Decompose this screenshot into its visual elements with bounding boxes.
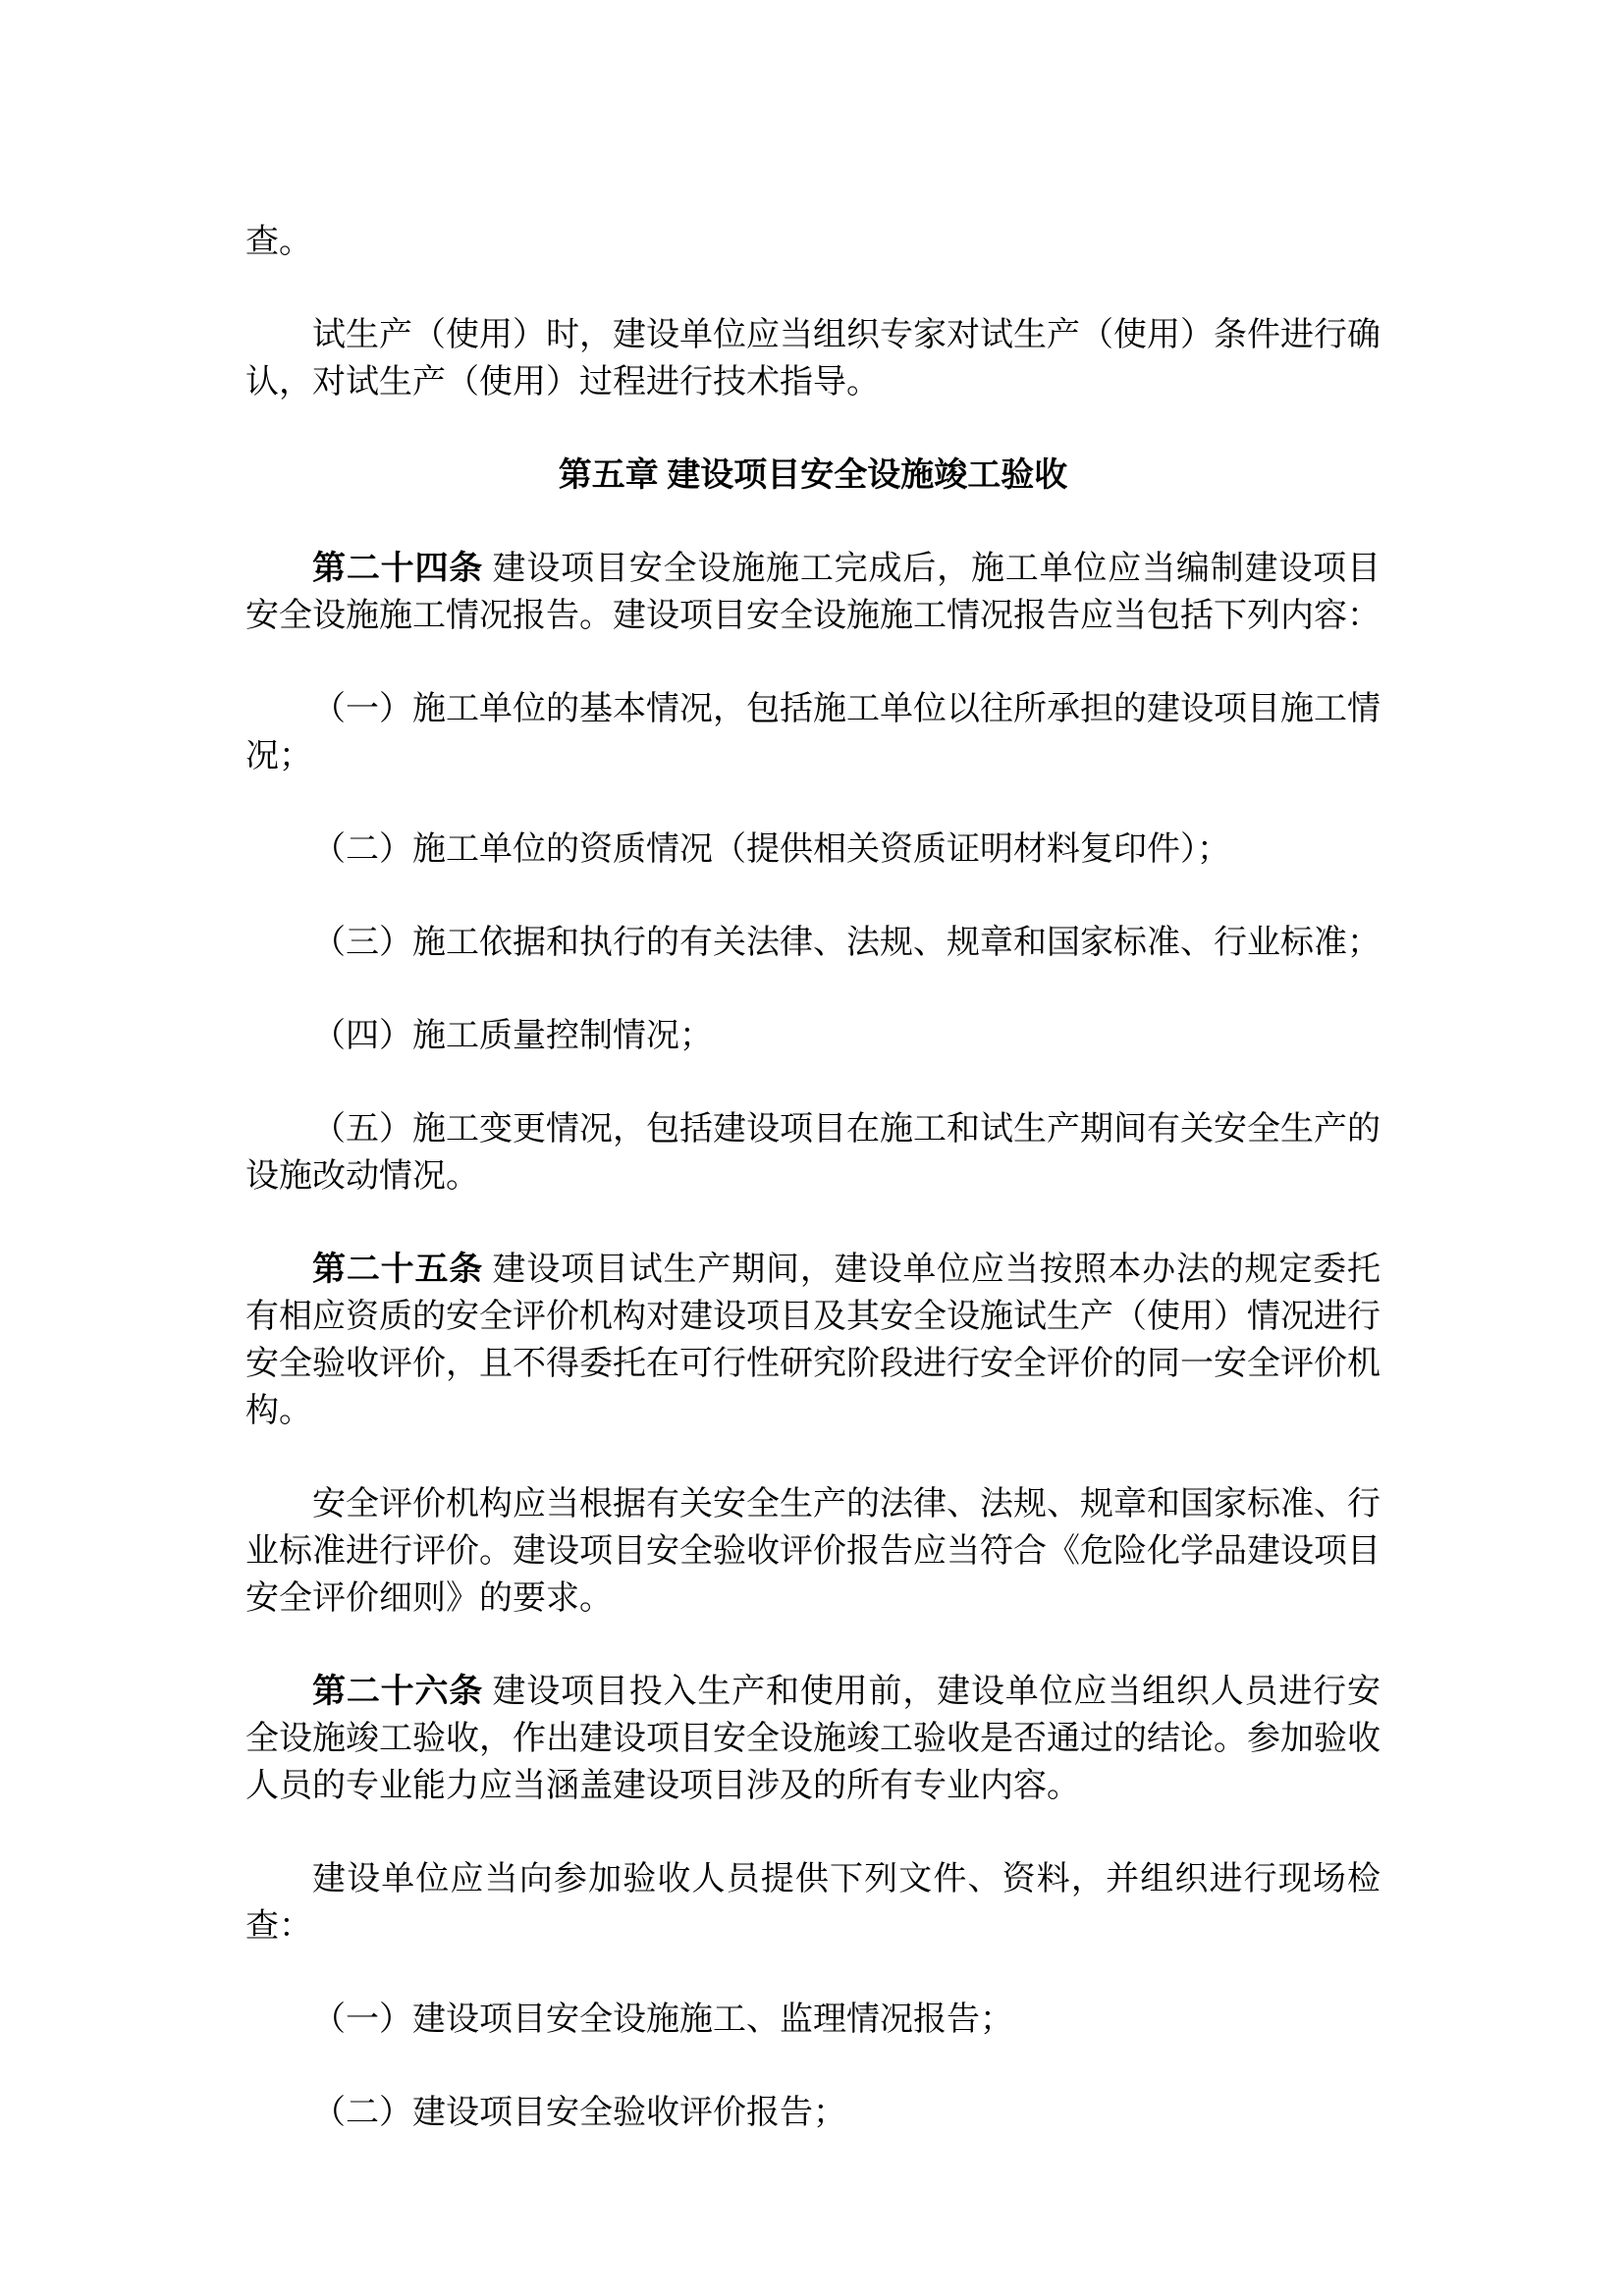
paragraph-article-24: 第二十四条 建设项目安全设施施工完成后，施工单位应当编制建设项目安全设施施工情况…: [245, 546, 1380, 640]
document-page: 查。 试生产（使用）时，建设单位应当组织专家对试生产（使用）条件进行确认，对试生…: [0, 0, 1624, 2296]
paragraph-acceptance-item-1: （一）建设项目安全设施施工、监理情况报告；: [245, 1997, 1380, 2044]
article-26-number: 第二十六条: [312, 1674, 483, 1710]
paragraph-report-item-1: （一）施工单位的基本情况，包括施工单位以往所承担的建设项目施工情况；: [245, 686, 1380, 780]
paragraph-evaluation-agency: 安全评价机构应当根据有关安全生产的法律、法规、规章和国家标准、行业标准进行评价。…: [245, 1481, 1380, 1623]
article-24-number: 第二十四条: [312, 551, 483, 587]
paragraph-trial-production: 试生产（使用）时，建设单位应当组织专家对试生产（使用）条件进行确认，对试生产（使…: [245, 312, 1380, 406]
paragraph-continuation: 查。: [245, 219, 1380, 266]
paragraph-report-item-2: （二）施工单位的资质情况（提供相关资质证明材料复印件）；: [245, 827, 1380, 874]
paragraph-acceptance-item-2: （二）建设项目安全验收评价报告；: [245, 2090, 1380, 2137]
article-25-number: 第二十五条: [312, 1252, 483, 1288]
chapter-heading: 第五章 建设项目安全设施竣工验收: [245, 453, 1380, 500]
paragraph-article-26: 第二十六条 建设项目投入生产和使用前，建设单位应当组织人员进行安全设施竣工验收，…: [245, 1669, 1380, 1810]
paragraph-provide-documents: 建设单位应当向参加验收人员提供下列文件、资料，并组织进行现场检查：: [245, 1856, 1380, 1950]
paragraph-report-item-4: （四）施工质量控制情况；: [245, 1013, 1380, 1060]
paragraph-report-item-3: （三）施工依据和执行的有关法律、法规、规章和国家标准、行业标准；: [245, 920, 1380, 967]
paragraph-article-25: 第二十五条 建设项目试生产期间，建设单位应当按照本办法的规定委托有相应资质的安全…: [245, 1247, 1380, 1435]
paragraph-report-item-5: （五）施工变更情况，包括建设项目在施工和试生产期间有关安全生产的设施改动情况。: [245, 1106, 1380, 1201]
document-content: 查。 试生产（使用）时，建设单位应当组织专家对试生产（使用）条件进行确认，对试生…: [245, 0, 1380, 2137]
